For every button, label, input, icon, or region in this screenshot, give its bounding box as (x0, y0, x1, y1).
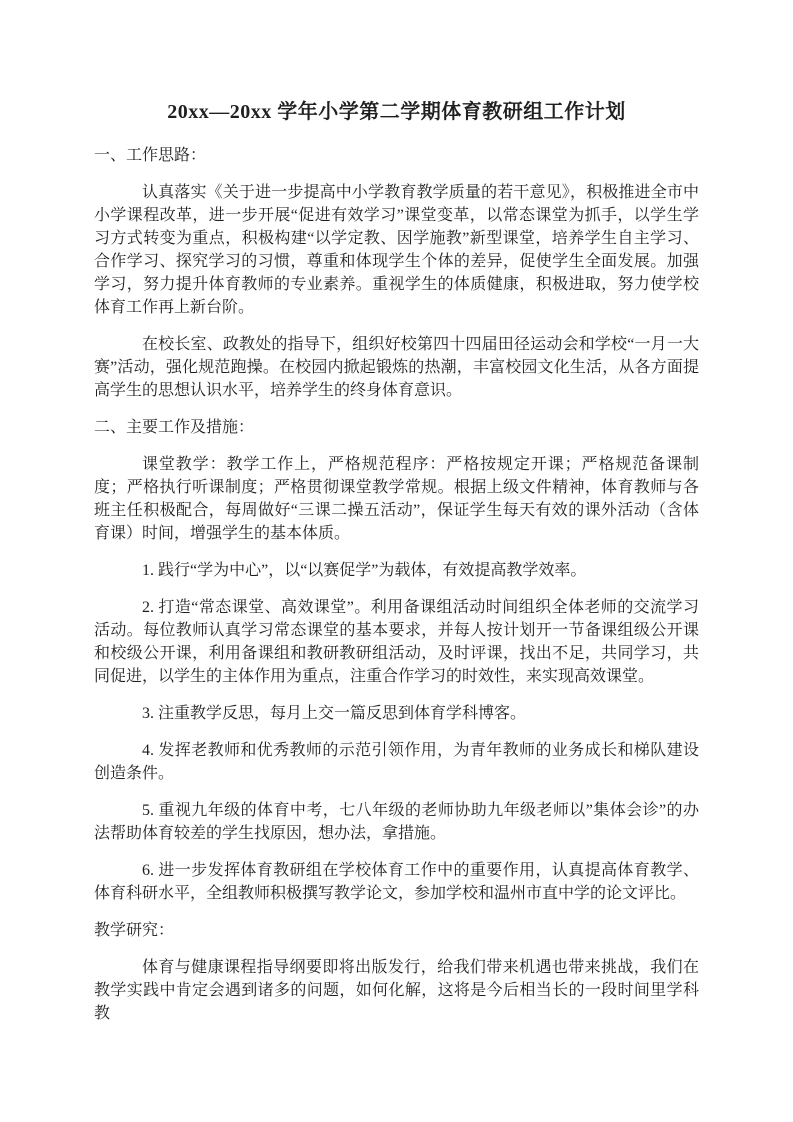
document-page: 20xx—20xx 学年小学第二学期体育教研组工作计划 一、工作思路： 认真落实… (0, 0, 793, 1122)
section-heading-main-tasks: 二、主要工作及措施： (94, 416, 699, 439)
list-item-5: 5. 重视九年级的体育中考，七八年级的老师协助九年级老师以”集体会诊”的办法帮助… (94, 799, 699, 845)
paragraph: 体育与健康课程指导纲要即将出版发行，给我们带来机遇也带来挑战，我们在教学实践中肯… (94, 956, 699, 1025)
list-item-1: 1. 践行“学为中心”，以“以赛促学”为载体，有效提高教学效率。 (94, 559, 699, 582)
list-item-2: 2. 打造“常态课堂、高效课堂”。利用备课组活动时间组织全体老师的交流学习活动。… (94, 596, 699, 688)
paragraph: 在校长室、政教处的指导下，组织好校第四十四届田径运动会和学校“一月一大赛”活动，… (94, 333, 699, 402)
section-heading-teaching-research: 教学研究： (94, 919, 699, 942)
section-heading-work-ideas: 一、工作思路： (94, 144, 699, 167)
list-item-6: 6. 进一步发挥体育教研组在学校体育工作中的重要作用，认真提高体育教学、体育科研… (94, 859, 699, 905)
paragraph: 认真落实《关于进一步提高中小学教育教学质量的若干意见》，积极推进全市中小学课程改… (94, 181, 699, 319)
document-title: 20xx—20xx 学年小学第二学期体育教研组工作计划 (94, 98, 699, 126)
list-item-3: 3. 注重教学反思，每月上交一篇反思到体育学科博客。 (94, 702, 699, 725)
paragraph: 课堂教学：教学工作上，严格规范程序：严格按规定开课；严格规范备课制度；严格执行听… (94, 453, 699, 545)
list-item-4: 4. 发挥老教师和优秀教师的示范引领作用，为青年教师的业务成长和梯队建设创造条件… (94, 739, 699, 785)
